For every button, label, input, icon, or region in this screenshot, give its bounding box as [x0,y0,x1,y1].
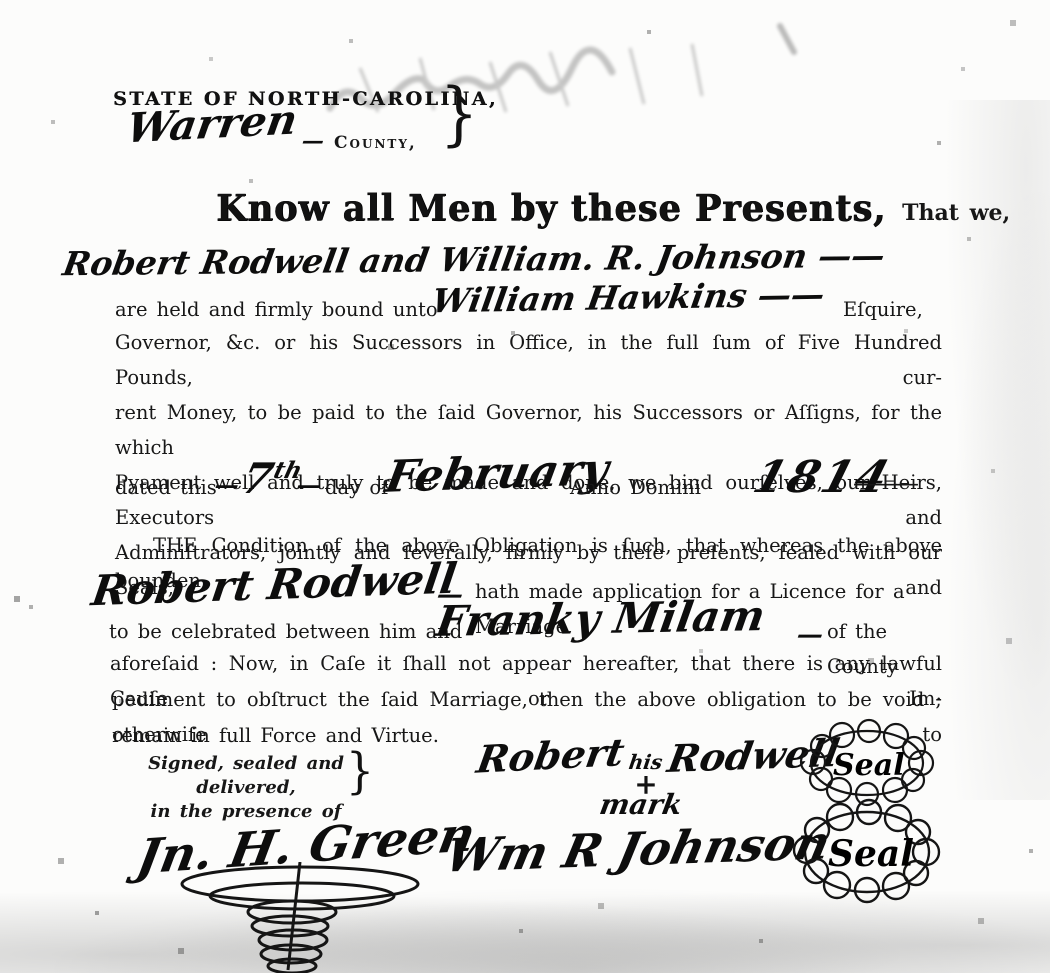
anno-domini: Anno Domini [570,470,701,505]
body-line: Governor, &c. or his Successors in Offic… [115,325,942,395]
dated-middle: day of [325,470,388,505]
principal1-first-name: Robert [474,729,628,782]
marriage-bond-document: STATE OF NORTH-CAROLINA, Warren — County… [0,0,1050,973]
dated-line: dated this — 7th — day of February Anno … [115,462,955,518]
principal2-signature: Wm R Johnson [441,815,836,882]
title-blackletter: Know all Men by these Presents, [216,187,886,230]
seal-label-text: Seal [833,748,905,783]
ink-speckles [0,0,2,2]
seal-label-text: Seal [828,833,914,875]
esquire-text: Eſquire, [843,292,923,327]
dated-prefix: dated this [115,470,217,505]
header-brace: } [440,80,478,149]
condition-line3-prefix: to be celebrated between him and [109,614,462,649]
bound-unto-text: are held and firmly bound unto [115,292,438,327]
mark-bottom-label: mark [597,788,685,821]
witness-brace: } [346,748,374,796]
day-dash-right: — [295,470,323,499]
obligee-handwritten: William Hawkins —— [429,275,827,321]
day-dash-left: — [213,470,241,499]
condition-line6: remain in full Force and Virtue. [112,718,439,753]
seal-scribble: Seal Seal [795,718,940,808]
bleed-through-marks [300,8,820,138]
county-name-handwritten: Warren [123,96,300,153]
mark-top-label: his [628,752,664,772]
bride-handwritten: Franky Milam [433,591,769,646]
title-that-we: That we, [902,196,1010,231]
witness-clause: Signed, sealed and delivered, in the pre… [126,752,366,824]
county-dash: — [300,128,326,154]
year-trailing-dash: ——— [853,466,916,501]
county-label: County, [334,126,417,161]
witness-clause-line1: Signed, sealed and delivered, [126,752,366,800]
